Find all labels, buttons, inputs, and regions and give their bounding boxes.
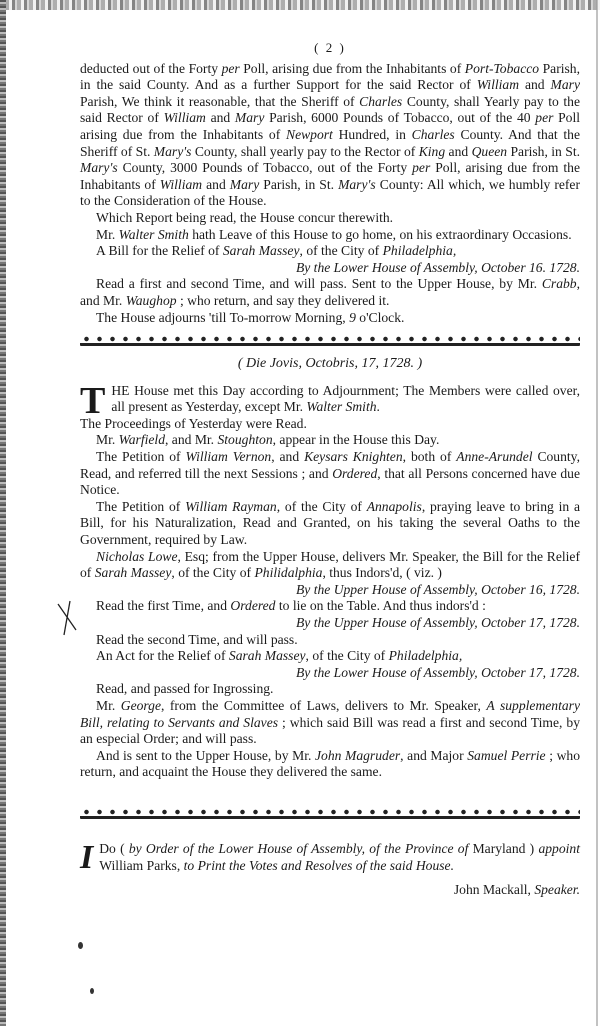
adjournment: The House adjourns 'till To-morrow Morni… — [80, 310, 580, 327]
members-appear: Mr. Warfield, and Mr. Stoughton, appear … — [80, 432, 580, 449]
opening-paragraph: THE House met this Day according to Adjo… — [80, 383, 580, 416]
petition-rayman: The Petition of William Rayman, of the C… — [80, 499, 580, 549]
endorsement: By the Lower House of Assembly, October … — [80, 665, 580, 682]
ingrossing: Read, and passed for Ingrossing. — [80, 681, 580, 698]
scan-right-edge — [596, 0, 598, 1026]
bill-reading: Read a first and second Time, and will p… — [80, 276, 580, 309]
report-paragraph: deducted out of the Forty per Poll, aris… — [80, 61, 580, 210]
first-reading: Read the first Time, and Ordered to lie … — [80, 598, 580, 615]
scan-left-edge — [0, 0, 6, 1026]
ink-speck — [90, 988, 94, 994]
endorsement: By the Lower House of Assembly, October … — [80, 260, 580, 277]
endorsement: By the Upper House of Assembly, October … — [80, 582, 580, 599]
endorsement: By the Upper House of Assembly, October … — [80, 615, 580, 632]
scan-top-edge — [0, 0, 600, 10]
committee-of-laws: Mr. George, from the Committee of Laws, … — [80, 698, 580, 748]
proceedings-read: The Proceedings of Yesterday were Read. — [80, 416, 580, 433]
section-heading: ( Die Jovis, Octobris, 17, 1728. ) — [80, 356, 580, 373]
upper-house-delivery: Nicholas Lowe, Esq; from the Upper House… — [80, 549, 580, 582]
printing-authorization: I Do ( by Order of the Lower House of As… — [80, 841, 580, 874]
petition-vernon: The Petition of William Vernon, and Keys… — [80, 449, 580, 499]
sent-to-upper-house: And is sent to the Upper House, by Mr. J… — [80, 748, 580, 781]
drop-cap: T — [80, 386, 105, 416]
ink-speck — [78, 942, 83, 949]
signature: John Mackall, Speaker. — [80, 882, 580, 899]
margin-x-mark — [56, 600, 78, 636]
document-page: ( 2 ) deducted out of the Forty per Poll… — [80, 40, 580, 899]
large-initial: I — [80, 844, 93, 872]
second-reading: Read the second Time, and will pass. — [80, 632, 580, 649]
report-concurrence: Which Report being read, the House concu… — [80, 210, 580, 227]
page-number: ( 2 ) — [80, 40, 580, 57]
act-title: An Act for the Relief of Sarah Massey, o… — [80, 648, 580, 665]
leave-paragraph: Mr. Walter Smith hath Leave of this Hous… — [80, 227, 580, 244]
bill-title: A Bill for the Relief of Sarah Massey, o… — [80, 243, 580, 260]
ornamental-divider — [80, 809, 580, 819]
ornamental-divider — [80, 336, 580, 346]
